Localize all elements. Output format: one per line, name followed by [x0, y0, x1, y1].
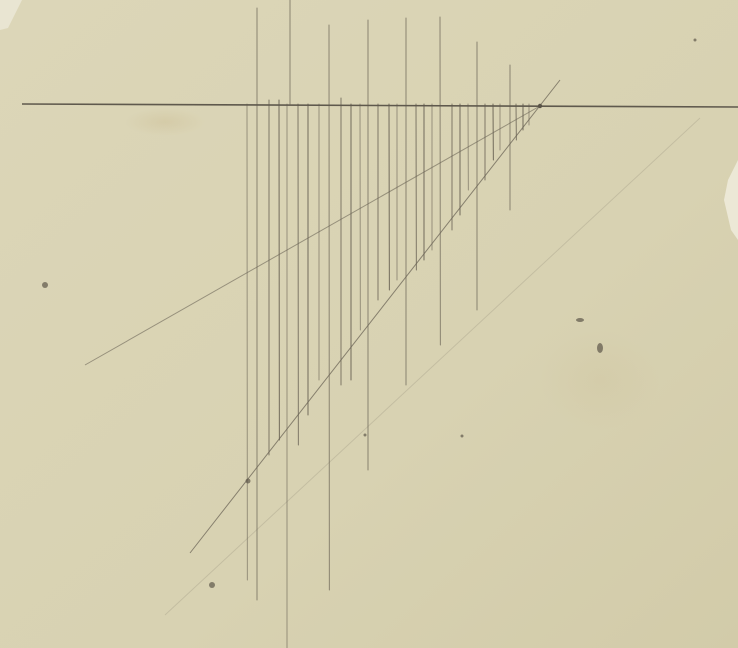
drawing-sheet: Perspective construction study	[0, 0, 738, 648]
paper-canvas	[0, 0, 738, 648]
smudge	[461, 435, 464, 438]
smudge	[42, 282, 48, 288]
smudge	[246, 479, 251, 484]
smudge	[364, 434, 367, 437]
smudge	[576, 318, 584, 322]
smudge	[597, 343, 603, 353]
smudge	[694, 39, 697, 42]
vanishing-point	[538, 104, 542, 108]
smudge	[209, 582, 215, 588]
